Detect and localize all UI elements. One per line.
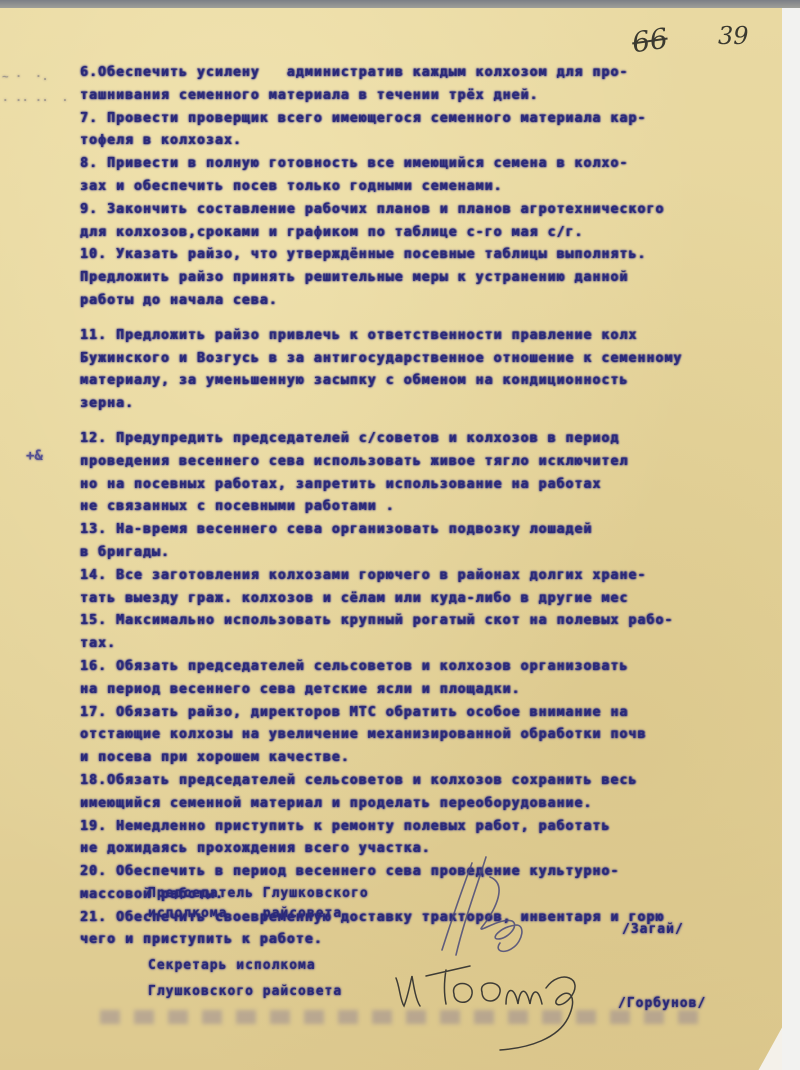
typed-line: не дожидаясь прохождения всего участка.	[80, 838, 800, 861]
typed-line: 6.Обеспечить усилену административ кажды…	[80, 62, 800, 85]
typed-line: для колхозов,сроками и графиком по табли…	[80, 222, 800, 245]
resolution-item: 8. Привести в полную готовность все имею…	[80, 153, 800, 199]
typed-line: 10. Указать райзо, что утверждённые посе…	[80, 244, 800, 267]
resolution-item: 10. Указать райзо, что утверждённые посе…	[80, 244, 800, 312]
typed-line: зерна.	[80, 393, 800, 416]
resolution-item: 17. Обязать райзо, директоров МТС обрати…	[80, 702, 800, 770]
typed-line: 19. Немедленно приступить к ремонту поле…	[80, 816, 800, 839]
typed-line: материалу, за уменьшенную засыпку с обме…	[80, 370, 800, 393]
resolution-item: 11. Предложить райзо привлечь к ответств…	[80, 325, 800, 416]
resolution-item: 14. Все заготовления колхозами горючего …	[80, 565, 800, 656]
typed-line: Бужинского и Возгусь в за антигосударств…	[80, 348, 800, 371]
typed-line: 12. Предупредить председателей с/советов…	[80, 428, 800, 451]
signatory-name-2: /Горбунов/	[618, 996, 706, 1011]
typed-line: но на посевных работах, запретить исполь…	[80, 474, 800, 497]
typed-line: тофеля в колхозах.	[80, 130, 800, 153]
resolution-item: 9. Закончить составление рабочих планов …	[80, 199, 800, 245]
typed-line: проведения весеннего сева использовать ж…	[80, 451, 800, 474]
typed-line: 9. Закончить составление рабочих планов …	[80, 199, 800, 222]
paragraph-gap	[80, 416, 800, 428]
paragraph-gap	[80, 313, 800, 325]
typed-line: на период весеннего сева детские ясли и …	[80, 679, 800, 702]
margin-mark: +&	[26, 448, 43, 464]
typed-line: 18.Обязать председателей сельсоветов и к…	[80, 770, 800, 793]
signatory-title-2b: Глушковского райсовета	[148, 984, 342, 999]
typed-line: в бригады.	[80, 542, 800, 565]
typed-line: тах.	[80, 633, 800, 656]
typed-line: 11. Предложить райзо привлечь к ответств…	[80, 325, 800, 348]
typed-line: зах и обеспечить посев только годными се…	[80, 176, 800, 199]
archive-page-numbers: 66 39	[620, 24, 780, 64]
signatory-title-2a: Секретарь исполкома	[148, 958, 316, 973]
page-number: 39	[718, 22, 749, 50]
typed-line: ташнивания семенного материала в течении…	[80, 85, 800, 108]
signatory-name-1: /Загай/	[622, 922, 684, 937]
typed-line: 8. Привести в полную готовность все имею…	[80, 153, 800, 176]
resolution-item: 18.Обязать председателей сельсоветов и к…	[80, 770, 800, 816]
resolution-item: 19. Немедленно приступить к ремонту поле…	[80, 816, 800, 862]
resolution-item: 6.Обеспечить усилену административ кажды…	[80, 62, 800, 108]
typed-line: работы до начала сева.	[80, 290, 800, 313]
signatory-title-1b: исполкома райсовета	[148, 906, 342, 921]
typed-line: 7. Провести проверщик всего имеющегося с…	[80, 108, 800, 131]
typed-line: чего и приступить к работе.	[80, 929, 800, 952]
typed-line: 20. Обеспечить в период весеннего сева п…	[80, 861, 800, 884]
resolution-item: 16. Обязать председателей сельсоветов и …	[80, 656, 800, 702]
resolution-item: 13. На-время весеннего сева организовать…	[80, 519, 800, 565]
typed-line: 13. На-время весеннего сева организовать…	[80, 519, 800, 542]
typed-line: имеющийся семенной материал и проделать …	[80, 793, 800, 816]
resolution-item: 12. Предупредить председателей с/советов…	[80, 428, 800, 519]
bleed-through-text: · ·· ·· ·	[2, 94, 68, 107]
typed-line: не связанных с посевными работами .	[80, 496, 800, 519]
typed-line: 15. Максимально использовать крупный рог…	[80, 610, 800, 633]
typed-line: и посева при хорошем качестве.	[80, 747, 800, 770]
old-page-number: 66	[630, 22, 670, 60]
resolution-items: 6.Обеспечить усилену административ кажды…	[80, 62, 800, 952]
typed-line: 17. Обязать райзо, директоров МТС обрати…	[80, 702, 800, 725]
resolution-item: 7. Провести проверщик всего имеющегося с…	[80, 108, 800, 154]
typed-line: 16. Обязать председателей сельсоветов и …	[80, 656, 800, 679]
bleed-through-text: ~ · ·.	[2, 70, 48, 83]
signatory-title-1a: Председатель Глушковского	[148, 886, 369, 901]
typed-line: отстающие колхозы на увеличение механизи…	[80, 724, 800, 747]
bleed-through-text	[100, 1010, 700, 1024]
typed-line: тать выезду граж. колхозов и сёлам или к…	[80, 588, 800, 611]
typed-line: 14. Все заготовления колхозами горючего …	[80, 565, 800, 588]
scanner-top-border	[0, 0, 800, 9]
typed-line: Предложить райзо принять решительные мер…	[80, 267, 800, 290]
